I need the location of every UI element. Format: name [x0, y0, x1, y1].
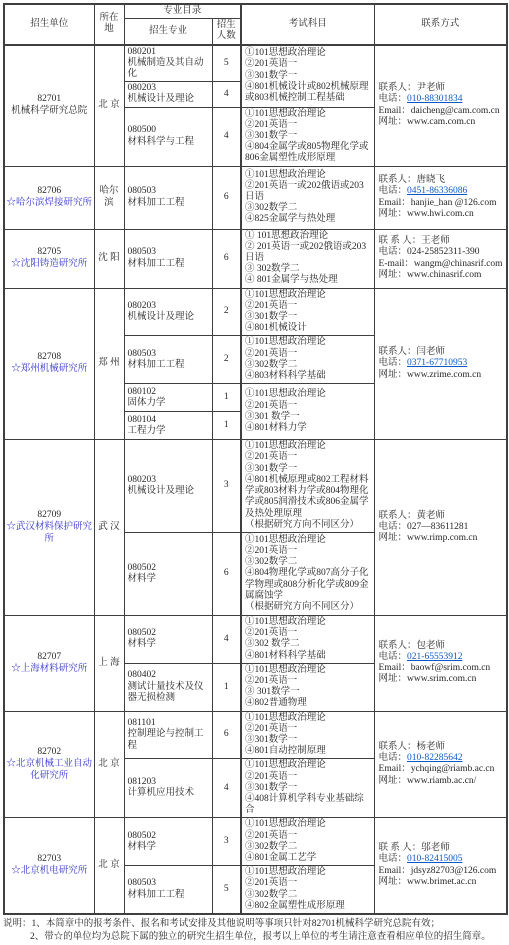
unit-name: ☆沈阳铸造研究所: [6, 259, 93, 270]
city-cell: 沈 阳: [94, 229, 124, 288]
contact-cell: 联系人：包老师 电话：021-65553912 Email：baowf@srim…: [374, 615, 507, 711]
major-name: 控制理论与控制工程: [128, 729, 210, 751]
major-code: 080203: [128, 83, 210, 94]
contact-phone-label: 电话：: [379, 522, 408, 532]
quota-cell: 6: [212, 166, 241, 229]
unit-cell: 82709 ☆武汉材料保护研究所: [4, 440, 94, 616]
quota-cell: 5: [212, 45, 241, 82]
major-cell: 081203 计算机应用技术: [124, 759, 212, 818]
contact-cell: 联系人：杨老师 电话：010-82285642 Email：ychqing@ri…: [374, 711, 507, 818]
major-name: 工程力学: [128, 426, 210, 437]
quota-cell: 1: [212, 384, 241, 412]
contact-person: 联 系 人：邬老师: [379, 843, 505, 854]
contact-web-label: 网址：: [379, 117, 408, 127]
contact-phone: 电话：021-65553912: [379, 652, 505, 663]
quota-cell: 6: [212, 711, 241, 759]
unit-name: ☆北京机电研究所: [6, 866, 93, 877]
city-cell: 上 海: [94, 615, 124, 711]
contact-person-value: 王老师: [421, 236, 450, 246]
contact-person: 联系人：尹老师: [379, 83, 505, 94]
major-cell: 080203 机械设计及理论: [124, 82, 212, 107]
exam-subjects-cell: ①101思想政治理论 ②201英语一 ③301 数学一 ④801材料力学: [241, 384, 374, 440]
contact-email: Email：hanjie_han @126.com: [379, 198, 505, 209]
contact-phone: 电话：010-88301834: [379, 94, 505, 105]
unit-code: 82705: [6, 247, 93, 258]
unit-code: 82702: [6, 747, 93, 758]
exam-subjects-cell: ①101思想政治理论 ②201英语一 ③301数学一 ④801机械设计: [241, 288, 374, 336]
major-name: 测试计量技术及仪器无损检测: [128, 682, 210, 704]
contact-phone-label: 电话：: [379, 94, 408, 104]
major-name: 机械设计及理论: [128, 94, 210, 105]
contact-person-label: 联系人：: [379, 83, 417, 93]
city-cell: 北 京: [94, 711, 124, 818]
contact-person-value: 尹老师: [417, 83, 446, 93]
exam-subjects-cell: ①101思想政治理论 ②201英语一或202俄语或203日语 ③302数学二 ④…: [241, 166, 374, 229]
major-name: 材料加工工程: [128, 890, 210, 901]
contact-phone: 电话：024-25852311-390: [379, 247, 505, 258]
contact-email-label: Email：: [379, 198, 411, 208]
quota-cell: 1: [212, 412, 241, 440]
phone-link[interactable]: 010-82415005: [407, 854, 462, 864]
contact-web-value: www.chinasrif.com: [407, 270, 481, 280]
contact-phone: 电话：0371-67710953: [379, 358, 505, 369]
exam-subjects-cell: ①101思想政治理论 ②201英语一 ③301数学一 ④801自动控制原理: [241, 711, 374, 759]
major-cell: 080102 固体力学: [124, 384, 212, 412]
major-name: 固体力学: [128, 398, 210, 409]
contact-person: 联 系 人：王老师: [379, 236, 505, 247]
contact-person: 联系人：黄老师: [379, 511, 505, 522]
contact-person: 联系人：包老师: [379, 641, 505, 652]
city-cell: 北 京: [94, 818, 124, 914]
contact-email-value: jdsyz82703@126.com: [411, 866, 497, 876]
contact-email-label: Email：: [379, 663, 411, 673]
major-name: 材料学: [128, 574, 210, 585]
contact-phone-label: 电话：: [379, 247, 408, 257]
contact-website: 网址：www.zrime.com.cn: [379, 370, 505, 381]
contact-email-value: baowf@srim.com.cn: [411, 663, 490, 673]
contact-email-value: wangm@chinasrif.com: [414, 259, 503, 269]
contact-web-label: 网址：: [379, 776, 408, 786]
major-cell: 080503 材料加工工程: [124, 229, 212, 288]
contact-web-value: www.srim.com.cn: [407, 674, 476, 684]
major-cell: 080502 材料学: [124, 818, 212, 866]
contact-email-label: Email：: [379, 106, 411, 116]
contact-website: 网址：www.riamb.ac.cn/: [379, 776, 505, 787]
contact-web-label: 网址：: [379, 533, 408, 543]
quota-cell: 3: [212, 818, 241, 866]
major-code: 080503: [128, 186, 210, 197]
exam-subjects-cell: ①101思想政治理论 ②201英语一 ③ 301数学一 ④802普通物理: [241, 663, 374, 711]
unit-name: ☆郑州机械研究所: [6, 364, 93, 375]
exam-subjects-cell: ①101思想政治理论 ②201英语一 ③302数学二 ④803材料科学基础: [241, 336, 374, 384]
quota-cell: 2: [212, 336, 241, 384]
major-cell: 081101 控制理论与控制工程: [124, 711, 212, 759]
exam-subjects-cell: ①101思想政治理论 ②201英语一 ③301数学一 ④408计算机学科专业基础…: [241, 759, 374, 818]
major-name: 机械制造及其自动化: [128, 58, 210, 80]
page: 招生单位 所在 地 专业目录 考试科目 联系方式 招生专业 招生 人数 8270…: [0, 0, 509, 945]
exam-subjects-cell: ①101思想政治理论 ②201英语一 ③302数学二 ④804物理化学或807高…: [241, 532, 374, 615]
unit-code: 82708: [6, 352, 93, 363]
major-name: 材料学: [128, 842, 210, 853]
contact-person-value: 唐晓飞: [417, 175, 446, 185]
quota-cell: 2: [212, 288, 241, 336]
contact-person-label: 联 系 人：: [379, 843, 422, 853]
phone-link[interactable]: 021-65553912: [407, 652, 462, 662]
contact-web-value: www.hwi.com.cn: [407, 209, 474, 219]
major-code: 080502: [128, 628, 210, 639]
quota-cell: 6: [212, 229, 241, 288]
contact-web-label: 网址：: [379, 877, 408, 887]
major-cell: 080503 材料加工工程: [124, 866, 212, 914]
contact-email: E-mail：wangm@chinasrif.com: [379, 259, 505, 270]
unit-name: 机械科学研究总院: [6, 106, 93, 117]
contact-person: 联系人：杨老师: [379, 742, 505, 753]
unit-cell: 82708 ☆郑州机械研究所: [4, 288, 94, 440]
contact-email: Email：daicheng@cam.com.cn: [379, 106, 505, 117]
major-cell: 080402 测试计量技术及仪器无损检测: [124, 663, 212, 711]
city-cell: 武 汉: [94, 440, 124, 616]
unit-name: ☆北京机械工业自动化研究所: [6, 759, 93, 781]
exam-subjects-cell: ①101思想政治理论 ②201英语一 ③301数学一 ④801机械原理或802工…: [241, 440, 374, 533]
major-cell: 080201 机械制造及其自动化: [124, 45, 212, 82]
quota-cell: 3: [212, 440, 241, 533]
header-contact: 联系方式: [374, 4, 507, 45]
quota-cell: 6: [212, 532, 241, 615]
major-name: 计算机应用技术: [128, 788, 210, 799]
contact-email-label: E-mail：: [379, 259, 414, 269]
contact-web-value: www.zrime.com.cn: [407, 370, 481, 380]
note-line-1: 说明：1、本简章中的报考条件、报名和考试安排及其他说明等事项只针对82701机械…: [3, 918, 506, 931]
unit-cell: 82703 ☆北京机电研究所: [4, 818, 94, 914]
city-cell: 哈尔 滨: [94, 166, 124, 229]
contact-web-value: www.cam.com.cn: [407, 117, 475, 127]
contact-web-label: 网址：: [379, 370, 408, 380]
contact-phone: 电话：0451-86336086: [379, 186, 505, 197]
unit-cell: 82706 ☆哈尔滨焊接研究所: [4, 166, 94, 229]
contact-person-label: 联系人：: [379, 175, 417, 185]
contact-website: 网址：www.srim.com.cn: [379, 674, 505, 685]
exam-subjects-cell: ①101思想政治理论 ②201英语一 ③302 数学二 ④801材料科学基础: [241, 615, 374, 663]
contact-email-value: daicheng@cam.com.cn: [411, 106, 500, 116]
header-quota: 招生 人数: [212, 19, 241, 45]
contact-phone-label: 电话：: [379, 652, 408, 662]
header-major: 招生专业: [124, 19, 212, 45]
contact-email-label: Email：: [379, 764, 411, 774]
quota-cell: 5: [212, 866, 241, 914]
contact-phone-value: 027—83611281: [407, 522, 468, 532]
unit-code: 82706: [6, 186, 93, 197]
contact-person-label: 联系人：: [379, 742, 417, 752]
major-code: 080503: [128, 878, 210, 889]
major-name: 机械设计及理论: [128, 486, 210, 497]
major-code: 081203: [128, 777, 210, 788]
contact-cell: 联系人：尹老师 电话：010-88301834 Email：daicheng@c…: [374, 45, 507, 167]
major-name: 机械设计及理论: [128, 312, 210, 323]
unit-code: 82707: [6, 652, 93, 663]
contact-email: Email：baowf@srim.com.cn: [379, 663, 505, 674]
contact-website: 网址：www.chinasrif.com: [379, 270, 505, 281]
contact-cell: 联系人：黄老师 电话：027—83611281 网址：www.rimp.com.…: [374, 440, 507, 616]
unit-name: ☆哈尔滨焊接研究所: [6, 198, 93, 209]
contact-person: 联系人：唐晓飞: [379, 175, 505, 186]
contact-website: 网址：www.rimp.com.cn: [379, 533, 505, 544]
city-cell: 北 京: [94, 45, 124, 167]
major-name: 材料加工工程: [128, 198, 210, 209]
quota-cell: 4: [212, 107, 241, 166]
major-name: 材料科学与工程: [128, 137, 210, 148]
major-code: 080203: [128, 475, 210, 486]
major-cell: 080203 机械设计及理论: [124, 288, 212, 336]
major-cell: 080500 材料科学与工程: [124, 107, 212, 166]
quota-cell: 4: [212, 759, 241, 818]
contact-email-value: hanjie_han @126.com: [411, 198, 497, 208]
exam-subjects-cell: ①101思想政治理论 ②201英语一 ③301数学一 ④804金属学或805物理…: [241, 107, 374, 166]
major-cell: 080502 材料学: [124, 532, 212, 615]
quota-cell: 4: [212, 615, 241, 663]
header-unit: 招生单位: [4, 4, 94, 45]
exam-subjects-cell: ①101思想政治理论 ②201英语一 ③301数学一 ④801机械设计或802机…: [241, 45, 374, 108]
contact-person-value: 闫老师: [417, 347, 446, 357]
contact-web-value: www.brimet.ac.cn: [407, 877, 476, 887]
unit-name: ☆武汉材料保护研究所: [6, 522, 93, 544]
contact-website: 网址：www.cam.com.cn: [379, 117, 505, 128]
major-code: 080201: [128, 47, 210, 58]
contact-web-value: www.riamb.ac.cn/: [407, 776, 476, 786]
unit-code: 82703: [6, 854, 93, 865]
major-code: 080502: [128, 831, 210, 842]
unit-cell: 82702 ☆北京机械工业自动化研究所: [4, 711, 94, 818]
contact-website: 网址：www.hwi.com.cn: [379, 209, 505, 220]
contact-email: Email：ychqing@riamb.ac.cn: [379, 764, 505, 775]
phone-link[interactable]: 0371-67710953: [407, 358, 467, 368]
contact-person-label: 联 系 人：: [379, 236, 422, 246]
contact-phone-label: 电话：: [379, 854, 408, 864]
unit-cell: 82705 ☆沈阳铸造研究所: [4, 229, 94, 288]
header-catalog: 专业目录: [124, 4, 241, 19]
major-code: 080402: [128, 670, 210, 681]
notes: 说明：1、本简章中的报考条件、报名和考试安排及其他说明等事项只针对82701机械…: [3, 918, 506, 945]
header-location: 所在 地: [94, 4, 124, 45]
major-cell: 080503 材料加工工程: [124, 336, 212, 384]
contact-phone: 电话：010-82285642: [379, 753, 505, 764]
major-cell: 080203 机械设计及理论: [124, 440, 212, 533]
major-code: 080203: [128, 301, 210, 312]
major-code: 080503: [128, 247, 210, 258]
quota-cell: 1: [212, 663, 241, 711]
unit-cell: 82707 ☆上海材料研究所: [4, 615, 94, 711]
phone-link[interactable]: 010-88301834: [407, 94, 462, 104]
contact-cell: 联 系 人：王老师 电话：024-25852311-390 E-mail：wan…: [374, 229, 507, 288]
unit-name: ☆上海材料研究所: [6, 664, 93, 675]
contact-person-label: 联系人：: [379, 347, 417, 357]
contact-phone-value: 024-25852311-390: [407, 247, 479, 257]
contact-cell: 联系人：闫老师 电话：0371-67710953 网址：www.zrime.co…: [374, 288, 507, 440]
contact-phone: 电话：027—83611281: [379, 522, 505, 533]
major-code: 080102: [128, 387, 210, 398]
contact-email-label: Email：: [379, 866, 411, 876]
major-cell: 080502 材料学: [124, 615, 212, 663]
contact-cell: 联 系 人：邬老师 电话：010-82415005 Email：jdsyz827…: [374, 818, 507, 914]
unit-code: 82709: [6, 510, 93, 521]
major-code: 081101: [128, 718, 210, 729]
contact-phone-label: 电话：: [379, 358, 408, 368]
contact-phone-label: 电话：: [379, 186, 408, 196]
unit-code: 82701: [6, 94, 93, 105]
major-name: 材料加工工程: [128, 360, 210, 371]
contact-person-label: 联系人：: [379, 641, 417, 651]
major-cell: 080503 材料加工工程: [124, 166, 212, 229]
contact-cell: 联系人：唐晓飞 电话：0451-86336086 Email：hanjie_ha…: [374, 166, 507, 229]
major-name: 材料加工工程: [128, 259, 210, 270]
phone-link[interactable]: 010-82285642: [407, 753, 462, 763]
contact-person-value: 包老师: [417, 641, 446, 651]
unit-cell: 82701 机械科学研究总院: [4, 45, 94, 167]
contact-web-value: www.rimp.com.cn: [407, 533, 477, 543]
exam-subjects-cell: ①101思想政治理论 ②201英语一 ③302数学二 ④802金属塑性成形原理: [241, 866, 374, 914]
admissions-table: 招生单位 所在 地 专业目录 考试科目 联系方式 招生专业 招生 人数 8270…: [3, 3, 508, 915]
phone-link[interactable]: 0451-86336086: [407, 186, 467, 196]
contact-person-value: 黄老师: [417, 511, 446, 521]
major-cell: 080104 工程力学: [124, 412, 212, 440]
contact-email: Email：jdsyz82703@126.com: [379, 866, 505, 877]
contact-phone: 电话：010-82415005: [379, 854, 505, 865]
contact-web-label: 网址：: [379, 674, 408, 684]
exam-subjects-cell: ①101思想政治理论 ②201英语一 ③302数学二 ④801金属工艺学: [241, 818, 374, 866]
contact-web-label: 网址：: [379, 270, 408, 280]
contact-person-label: 联系人：: [379, 511, 417, 521]
major-code: 080503: [128, 349, 210, 360]
contact-person: 联系人：闫老师: [379, 347, 505, 358]
quota-cell: 4: [212, 82, 241, 107]
city-cell: 郑 州: [94, 288, 124, 440]
contact-web-label: 网址：: [379, 209, 408, 219]
exam-subjects-cell: ① 101思想政治理论 ② 201英语一或202俄语或203日语 ③ 302数学…: [241, 229, 374, 288]
major-code: 080502: [128, 563, 210, 574]
contact-website: 网址：www.brimet.ac.cn: [379, 877, 505, 888]
major-name: 材料学: [128, 639, 210, 650]
major-code: 080500: [128, 125, 210, 136]
header-subjects: 考试科目: [241, 4, 374, 45]
major-code: 080104: [128, 415, 210, 426]
note-line-2: 2、带☆的单位均为总院下属的独立的研究生招生单位，报考以上单位的考生请注意查看相…: [3, 931, 506, 944]
contact-email-value: ychqing@riamb.ac.cn: [411, 764, 495, 774]
contact-person-value: 杨老师: [417, 742, 446, 752]
contact-phone-label: 电话：: [379, 753, 408, 763]
contact-person-value: 邬老师: [421, 843, 450, 853]
